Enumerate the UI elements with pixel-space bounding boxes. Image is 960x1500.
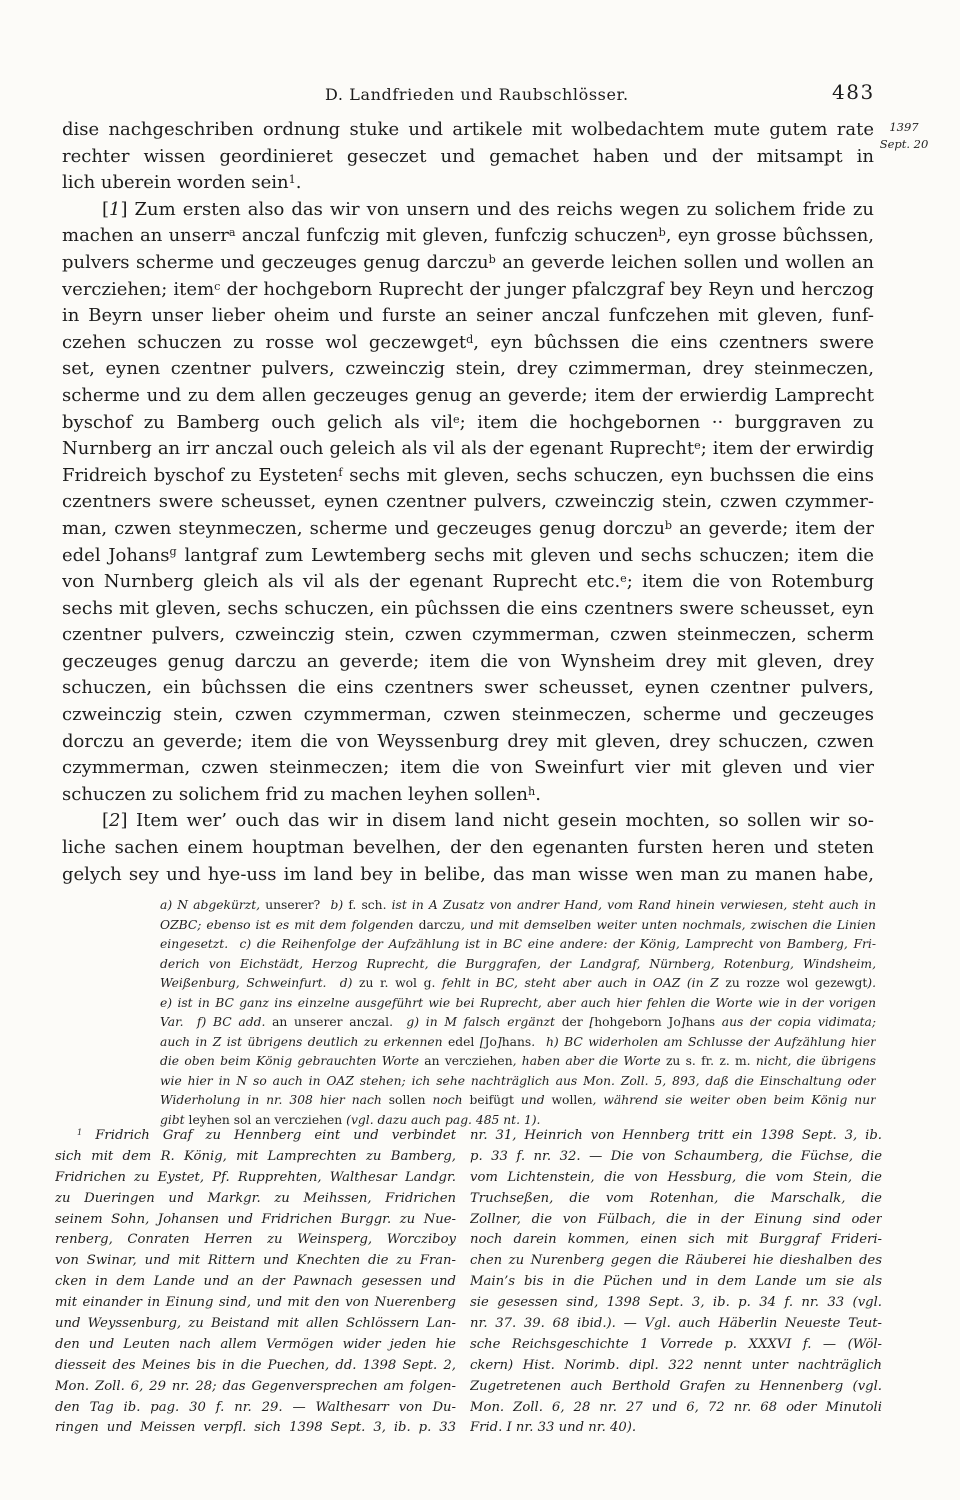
note-line-content: Frid. I nr. 33 und nr. 40). [470, 1420, 636, 1435]
note-line: von Swinar, und mit Rittern und Knechten… [55, 1251, 456, 1272]
footnotes-block: 30a) N abgekürzt, unserer? b) f. sch. is… [160, 896, 876, 1130]
note-line-content: cken in dem Lande und an der Pawnach ges… [55, 1274, 456, 1289]
text-line: 20czentner pulvers, czweinczig stein, cz… [62, 622, 874, 649]
note-line-content: sche Reichsgeschichte 1 Vorrede p. XXXVI… [470, 1337, 882, 1352]
text-line: byschof zu Bamberg ouch gelich als vile;… [62, 410, 874, 437]
footnote-line-content: OZBC; ebenso ist es mit dem folgenden da… [160, 918, 876, 932]
note-line-content: sie gesessen sind, 1398 Sept. 3, ib. p. … [470, 1295, 882, 1310]
note-line: Mon. Zoll. 6, 28 nr. 27 und 6, 72 nr. 68… [470, 1398, 882, 1419]
footnote-line-content: a) N abgekürzt, unserer? b) f. sch. ist … [160, 898, 876, 912]
text-line-content: man, czwen steynmeczen, scherme und gecz… [62, 518, 874, 539]
page-number: 483 [832, 80, 875, 104]
note-line: 45zu Dueringen und Markgr. zu Meihssen, … [55, 1189, 456, 1210]
text-line-content: gelych sey und hye-uss im land bey in be… [62, 864, 874, 885]
note-line: Zugetretenen auch Berthold Grafen zu Hen… [470, 1377, 882, 1398]
text-line-content: schuczen, ein bûchssen die eins czentner… [62, 677, 874, 698]
text-line: Fridreich byschof zu Eystetenf sechs mit… [62, 463, 874, 490]
note-line-content: und Weyssenburg, zu Beistand mit allen S… [55, 1316, 456, 1331]
note-line: 50mit einander in Einung sind, und mit d… [55, 1293, 456, 1314]
note-line: ckern) Hist. Norimb. dipl. 322 nennt unt… [470, 1356, 882, 1377]
text-line: dorczu an geverde; item die von Weyssenb… [62, 729, 874, 756]
note-line-content: mit einander in Einung sind, und mit den… [55, 1295, 456, 1310]
text-line: [2] Item wer’ ouch das wir in disem land… [62, 808, 874, 835]
text-line-content: edel Johansg lantgraf zum Lewtemberg sec… [62, 545, 874, 566]
text-line: 10set, eynen czentner pulvers, czweinczi… [62, 356, 874, 383]
margin-note-year: 1397 [872, 119, 936, 136]
footnote-line-content: wie hier in N so auch in OAZ stehen; ich… [160, 1074, 876, 1088]
note-line-content: Main’s bis in die Püchen und in dem Land… [470, 1274, 882, 1289]
text-line-content: czweinczig stein, czwen czymmerman, czwe… [62, 704, 874, 729]
text-line-content: machen an unserra anczal funfczig mit gl… [62, 225, 874, 246]
text-line: gelych sey und hye-uss im land bey in be… [62, 862, 874, 889]
text-line: man, czwen steynmeczen, scherme und gecz… [62, 516, 874, 543]
footnote-line-content: Widerholung in nr. 308 hier nach sollen … [160, 1093, 876, 1107]
note-line: Mon. Zoll. 6, 29 nr. 28; das Gegenverspr… [55, 1377, 456, 1398]
text-line-content: set, eynen czentner pulvers, czweinczig … [62, 358, 874, 379]
bottom-notes-left-column: 1 Fridrich Graf zu Hennberg eint und ver… [55, 1126, 456, 1439]
text-line: in Beyrn unser lieber oheim und furste a… [62, 303, 874, 330]
text-line: 25czymmerman, czwen steinmeczen; item di… [62, 755, 874, 782]
note-line: nr. 31, Heinrich von Hennberg tritt ein … [470, 1126, 882, 1147]
margin-note-day: Sept. 20 [872, 136, 936, 153]
note-line: Truchseßen, die vom Rotenhan, die Marsch… [470, 1189, 882, 1210]
text-line: sechs mit gleven, sechs schuczen, ein pû… [62, 596, 874, 623]
note-line-content: Zollner, die von Fülbach, die in der Ein… [470, 1212, 882, 1227]
note-line: diesseit des Meines bis in die Puechen, … [55, 1356, 456, 1377]
bottom-notes: 1 Fridrich Graf zu Hennberg eint und ver… [55, 1126, 882, 1439]
text-line-content: [2] Item wer’ ouch das wir in disem land… [102, 810, 874, 831]
text-line: scherme und zu dem allen geczeuges genug… [62, 383, 874, 410]
text-line-content: schuczen zu solichem frid zu machen leyh… [62, 784, 541, 805]
text-line-content: czentner pulvers, czweinczig stein, czwe… [62, 624, 874, 649]
note-line: chen zu Nurenberg gegen die Räuberei hie… [470, 1251, 882, 1272]
text-line: schuczen zu solichem frid zu machen leyh… [62, 782, 874, 809]
text-line: Nurnberg an irr anczal ouch geleich als … [62, 436, 874, 463]
note-line: vom Lichtenstein, die von Hessburg, die … [470, 1168, 882, 1189]
note-line: sche Reichsgeschichte 1 Vorrede p. XXXVI… [470, 1335, 882, 1356]
note-line-content: vom Lichtenstein, die von Hessburg, die … [470, 1170, 882, 1185]
footnote-line-content: Var. f) BC add. an unserer anczal. g) in… [160, 1015, 876, 1029]
text-line: pulvers scherme und geczeuges genug darc… [62, 250, 874, 277]
text-line-content: dorczu an geverde; item die von Weyssenb… [62, 731, 874, 752]
text-line: 5machen an unserra anczal funfczig mit g… [62, 223, 874, 250]
note-line-content: ringen und Meissen verpfl. sich 1398 Sep… [55, 1420, 456, 1435]
text-line-content: rechter wissen geordinieret geseczet und… [62, 146, 874, 171]
text-line-content: czehen schuczen zu rosse wol geczewgetd,… [62, 332, 874, 357]
note-line: Fridrichen zu Eystet, Pf. Rupprehten, Wa… [55, 1168, 456, 1189]
note-line: cken in dem Lande und an der Pawnach ges… [55, 1272, 456, 1293]
note-line: Frid. I nr. 33 und nr. 40). [470, 1418, 882, 1439]
note-line-content: Fridrichen zu Eystet, Pf. Rupprehten, Wa… [55, 1170, 456, 1185]
note-line-content: den Tag ib. pag. 30 f. nr. 29. — Walthes… [55, 1400, 456, 1415]
text-line-content: vercziehen; itemc der hochgeborn Ruprech… [62, 279, 874, 300]
text-line-content: sechs mit gleven, sechs schuczen, ein pû… [62, 598, 874, 619]
note-line-content: diesseit des Meines bis in die Puechen, … [55, 1358, 456, 1373]
note-line-content: von Swinar, und mit Rittern und Knechten… [55, 1253, 456, 1268]
note-line-content: chen zu Nurenberg gegen die Räuberei hie… [470, 1253, 882, 1268]
text-line-content: dise nachgeschriben ordnung stuke und ar… [62, 119, 874, 144]
text-line-content: czymmerman, czwen steinmeczen; item die … [62, 757, 874, 778]
note-line-content: Zugetretenen auch Berthold Grafen zu Hen… [470, 1379, 882, 1394]
note-line-content: Truchseßen, die vom Rotenhan, die Marsch… [470, 1191, 882, 1206]
footnote-line-content: eingesetzt. c) die Reihenfolge der Aufzä… [160, 937, 876, 951]
footnote-line-content: Weißenburg, Schweinfurt. d) zu r. wol g.… [160, 976, 876, 990]
footnote-line: die oben beim König gebrauchten Worte an… [160, 1052, 876, 1072]
note-line: sich mit dem R. König, mit Lamprechten z… [55, 1147, 456, 1168]
text-line-content: scherme und zu dem allen geczeuges genug… [62, 385, 874, 406]
note-line-content: seinem Sohn, Johansen und Fridrichen Bur… [55, 1212, 456, 1227]
note-line: nr. 37. 39. 68 ibid.). — Vgl. auch Häber… [470, 1314, 882, 1335]
note-line-content: zu Dueringen und Markgr. zu Meihssen, Fr… [55, 1191, 456, 1206]
margin-date-note: 1397 Sept. 20 [872, 119, 936, 153]
note-line: den und Leuten nach allem Vermögen wider… [55, 1335, 456, 1356]
note-line-content: p. 33 f. nr. 32. — Die von Schaumberg, d… [470, 1149, 882, 1164]
note-line: Main’s bis in die Püchen und in dem Land… [470, 1272, 882, 1293]
note-line-content: sich mit dem R. König, mit Lamprechten z… [55, 1149, 456, 1164]
footnote-line-content: die oben beim König gebrauchten Worte an… [160, 1054, 876, 1068]
note-line: und Weyssenburg, zu Beistand mit allen S… [55, 1314, 456, 1335]
text-line-content: [1] Zum ersten also das wir von unsern u… [102, 199, 874, 220]
text-line: von Nurnberg gleich als vil als der egen… [62, 569, 874, 596]
note-line-content: 1 Fridrich Graf zu Hennberg eint und ver… [77, 1128, 456, 1143]
footnote-line-content: gibt leyhen sol an vercziehen (vgl. dazu… [160, 1113, 540, 1127]
main-text-block: dise nachgeschriben ordnung stuke und ar… [62, 117, 874, 888]
note-line-content: ckern) Hist. Norimb. dipl. 322 nennt unt… [470, 1358, 882, 1373]
text-line: liche sachen einem houptman bevelhen, de… [62, 835, 874, 862]
text-line: rechter wissen geordinieret geseczet und… [62, 144, 874, 171]
footnote-line: 40Widerholung in nr. 308 hier nach solle… [160, 1091, 876, 1111]
footnote-line: Weißenburg, Schweinfurt. d) zu r. wol g.… [160, 974, 876, 994]
footnote-line: Var. f) BC add. an unserer anczal. g) in… [160, 1013, 876, 1033]
note-line-content: Mon. Zoll. 6, 28 nr. 27 und 6, 72 nr. 68… [470, 1400, 882, 1415]
text-line: schuczen, ein bûchssen die eins czentner… [62, 675, 874, 702]
text-line-content: lich uberein worden sein1. [62, 172, 301, 193]
text-line-content: pulvers scherme und geczeuges genug darc… [62, 252, 874, 273]
note-line: 1 Fridrich Graf zu Hennberg eint und ver… [55, 1126, 456, 1147]
footnote-line: 35e) ist in BC ganz ins einzelne ausgefü… [160, 994, 876, 1014]
footnote-line: wie hier in N so auch in OAZ stehen; ich… [160, 1072, 876, 1092]
text-line-content: in Beyrn unser lieber oheim und furste a… [62, 305, 874, 326]
note-line: renberg, Conraten Herren zu Weinsperg, W… [55, 1230, 456, 1251]
text-line: 15czentners swere scheusset, eynen czent… [62, 489, 874, 516]
text-line-content: von Nurnberg gleich als vil als der egen… [62, 571, 874, 592]
footnote-line-content: e) ist in BC ganz ins einzelne ausgeführ… [160, 996, 876, 1010]
text-line-content: geczeuges genug darczu an geverde; item … [62, 651, 874, 672]
note-line-content: nr. 37. 39. 68 ibid.). — Vgl. auch Häber… [470, 1316, 882, 1331]
text-line-content: liche sachen einem houptman bevelhen, de… [62, 837, 874, 858]
note-line-content: Mon. Zoll. 6, 29 nr. 28; das Gegenverspr… [55, 1379, 456, 1394]
text-line: lich uberein worden sein1. [62, 170, 874, 197]
text-line: edel Johansg lantgraf zum Lewtemberg sec… [62, 543, 874, 570]
note-line: seinem Sohn, Johansen und Fridrichen Bur… [55, 1210, 456, 1231]
note-line: 55den Tag ib. pag. 30 f. nr. 29. — Walth… [55, 1398, 456, 1419]
footnote-line: auch in Z ist übrigens deutlich zu erken… [160, 1033, 876, 1053]
note-line-content: renberg, Conraten Herren zu Weinsperg, W… [55, 1232, 456, 1247]
text-line: [1] Zum ersten also das wir von unsern u… [62, 197, 874, 224]
book-page: D. Landfrieden und Raubschlösser. 483 13… [0, 0, 960, 1500]
footnote-line: derich von Eichstädt, Herzog Ruprecht, d… [160, 955, 876, 975]
note-line: Zollner, die von Fülbach, die in der Ein… [470, 1210, 882, 1231]
note-line: ringen und Meissen verpfl. sich 1398 Sep… [55, 1418, 456, 1439]
text-line: geczeuges genug darczu an geverde; item … [62, 649, 874, 676]
footnote-line: OZBC; ebenso ist es mit dem folgenden da… [160, 916, 876, 936]
footnote-line-content: derich von Eichstädt, Herzog Ruprecht, d… [160, 957, 876, 971]
text-line: dise nachgeschriben ordnung stuke und ar… [62, 117, 874, 144]
note-line: sie gesessen sind, 1398 Sept. 3, ib. p. … [470, 1293, 882, 1314]
note-line-content: den und Leuten nach allem Vermögen wider… [55, 1337, 456, 1352]
footnote-line-content: auch in Z ist übrigens deutlich zu erken… [160, 1035, 876, 1049]
text-line-content: byschof zu Bamberg ouch gelich als vile;… [62, 412, 874, 433]
text-line: czehen schuczen zu rosse wol geczewgetd,… [62, 330, 874, 357]
page-header-title: D. Landfrieden und Raubschlösser. [325, 85, 629, 104]
footnote-line: eingesetzt. c) die Reihenfolge der Aufzä… [160, 935, 876, 955]
text-line-content: Fridreich byschof zu Eystetenf sechs mit… [62, 465, 874, 486]
note-line: noch darein kommen, einen sich mit Burgg… [470, 1230, 882, 1251]
bottom-notes-right-column: nr. 31, Heinrich von Hennberg tritt ein … [470, 1126, 882, 1439]
text-line-content: czentners swere scheusset, eynen czentne… [62, 491, 874, 512]
footnote-line: 30a) N abgekürzt, unserer? b) f. sch. is… [160, 896, 876, 916]
note-line: p. 33 f. nr. 32. — Die von Schaumberg, d… [470, 1147, 882, 1168]
text-line: czweinczig stein, czwen czymmerman, czwe… [62, 702, 874, 729]
text-line: vercziehen; itemc der hochgeborn Ruprech… [62, 277, 874, 304]
text-line-content: Nurnberg an irr anczal ouch geleich als … [62, 438, 874, 459]
note-line-content: nr. 31, Heinrich von Hennberg tritt ein … [470, 1128, 882, 1143]
note-line-content: noch darein kommen, einen sich mit Burgg… [470, 1232, 882, 1247]
